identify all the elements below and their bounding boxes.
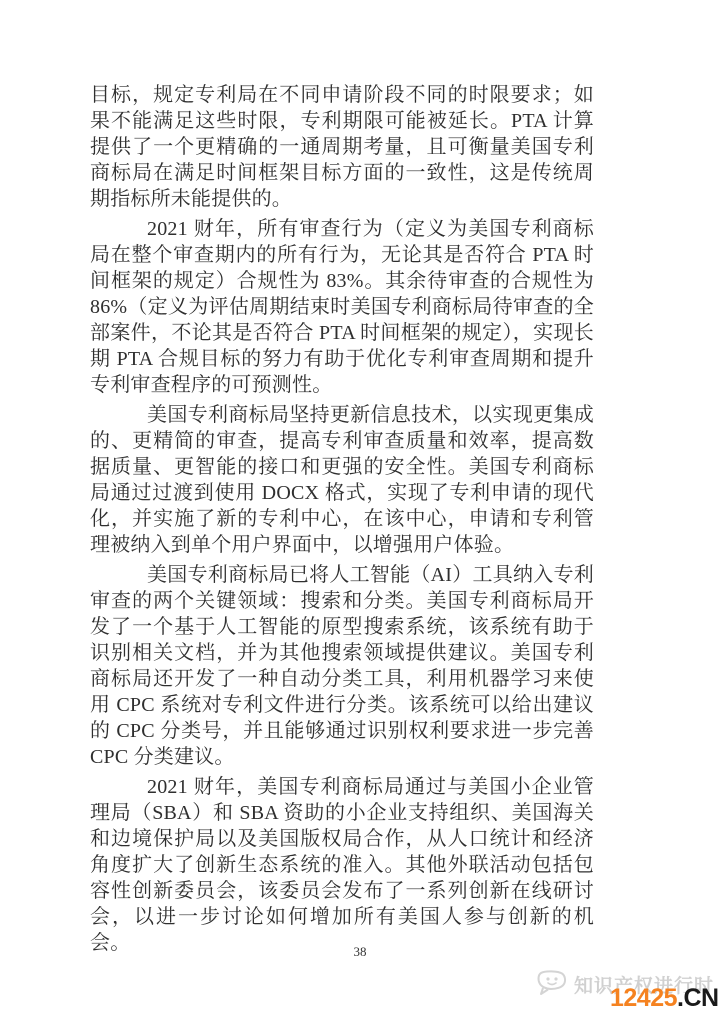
- document-page: 目标，规定专利局在不同申请阶段不同的时限要求；如果不能满足这些时限，专利期限可能…: [0, 0, 720, 1019]
- document-body: 目标，规定专利局在不同申请阶段不同的时限要求；如果不能满足这些时限，专利期限可能…: [90, 82, 594, 960]
- watermark-site-url: 12425.CN: [610, 984, 719, 1013]
- body-paragraph: 目标，规定专利局在不同申请阶段不同的时限要求；如果不能满足这些时限，专利期限可能…: [90, 82, 594, 212]
- body-paragraph: 2021 财年，所有审查行为（定义为美国专利商标局在整个审查期内的所有行为，无论…: [90, 216, 594, 398]
- watermark-site-suffix: .CN: [677, 984, 719, 1012]
- body-paragraph: 美国专利商标局坚持更新信息技术，以实现更集成的、更精简的审查，提高专利审查质量和…: [90, 402, 594, 558]
- chat-bubble-face-icon: [537, 970, 569, 998]
- body-paragraph: 2021 财年，美国专利商标局通过与美国小企业管理局（SBA）和 SBA 资助的…: [90, 774, 594, 956]
- body-paragraph: 美国专利商标局已将人工智能（AI）工具纳入专利审查的两个关键领域：搜索和分类。美…: [90, 562, 594, 770]
- page-number: 38: [0, 944, 720, 960]
- watermark-site-number: 12425: [610, 984, 677, 1012]
